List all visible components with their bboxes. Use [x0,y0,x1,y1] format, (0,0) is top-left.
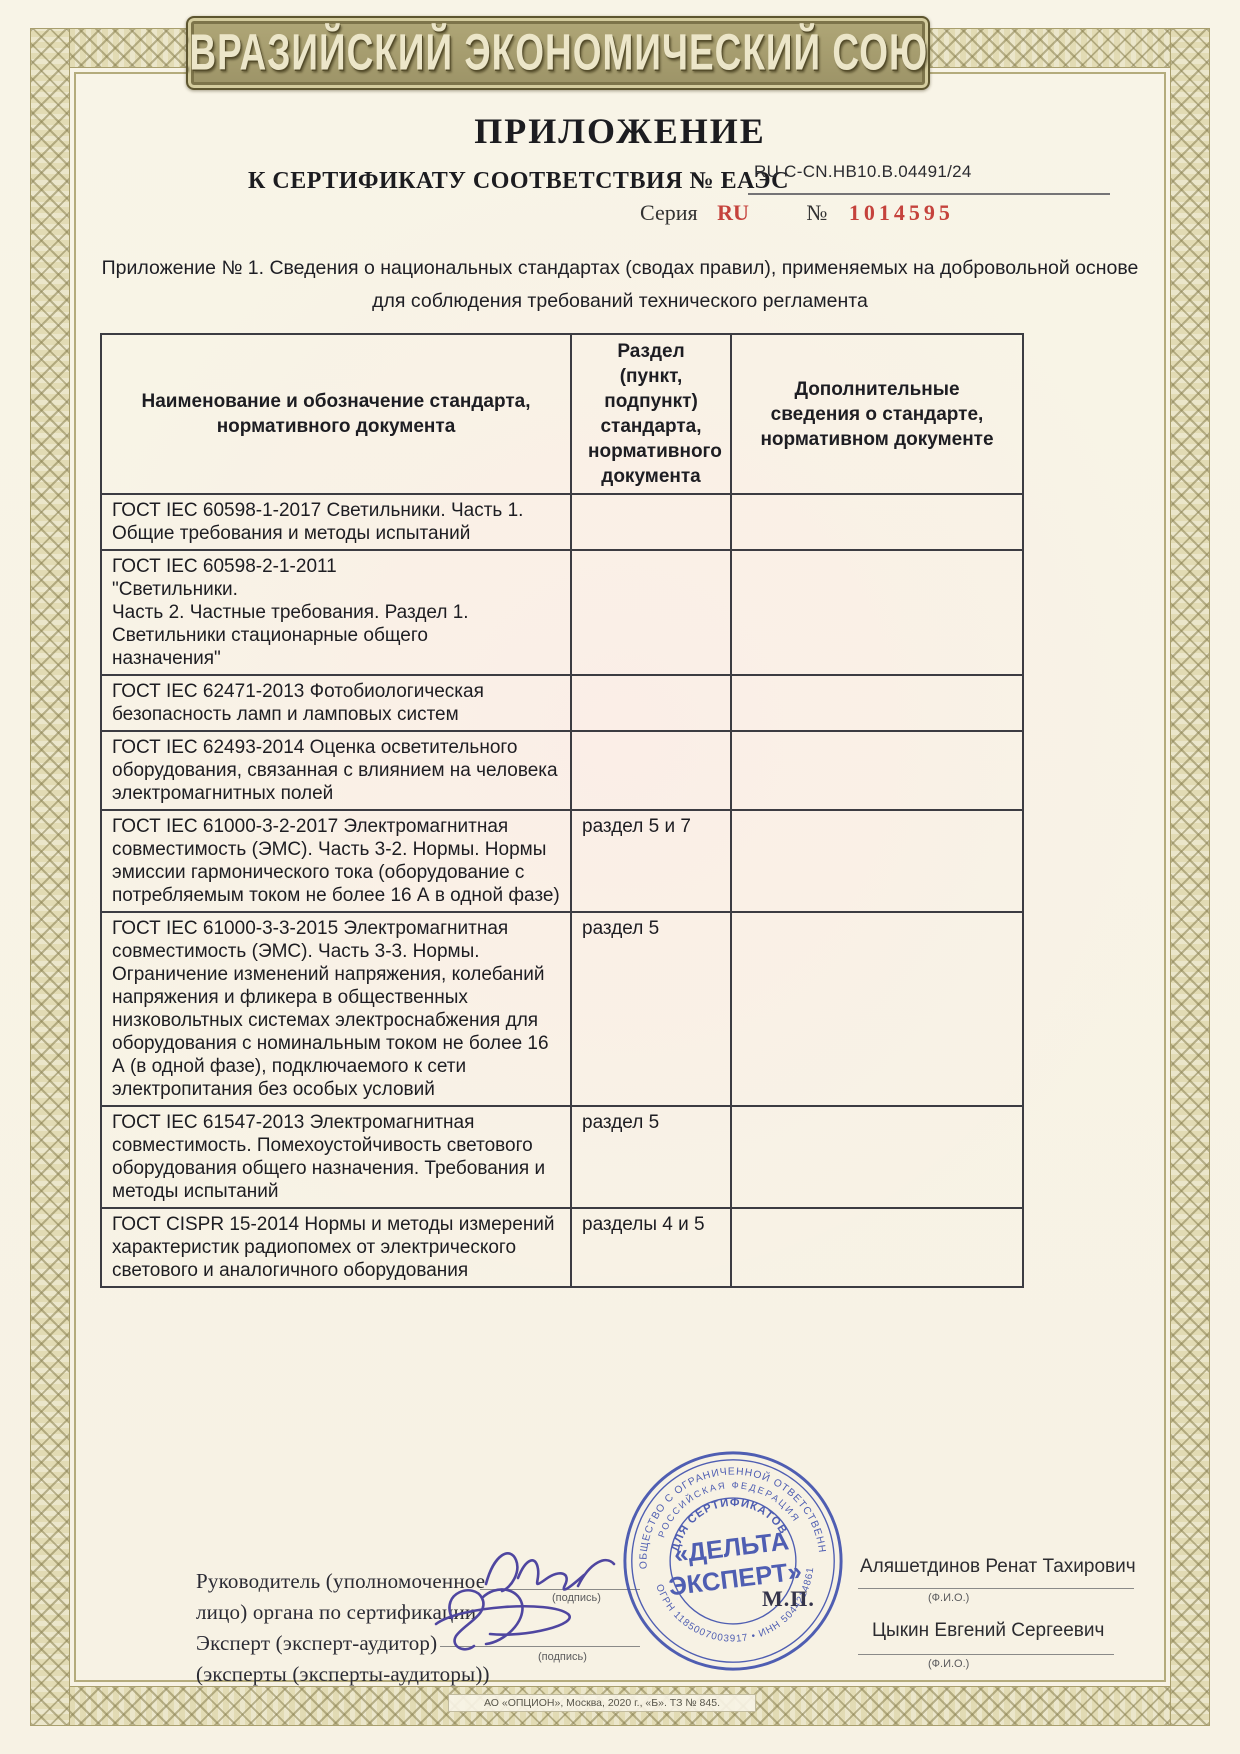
table-row: ГОСТ IEC 62471-2013 Фотобиологическая бе… [101,675,1023,731]
standard-name-cell: ГОСТ IEC 60598-2-1-2011 "Светильники. Ча… [101,550,571,675]
standard-section-cell: раздел 5 и 7 [571,810,731,912]
standard-name-cell: ГОСТ IEC 61000-3-2-2017 Электромагнитная… [101,810,571,912]
table-row: ГОСТ IEC 60598-1-2017 Светильники. Часть… [101,494,1023,550]
page-border-right [1170,28,1210,1726]
standard-section-cell: раздел 5 [571,1106,731,1208]
certificate-number: RU C-CN.HB10.B.04491/24 [754,162,1114,182]
certificate-number-underline [748,193,1110,195]
standard-info-cell [731,912,1023,1106]
head-name-line [858,1588,1134,1589]
standard-info-cell [731,550,1023,675]
standard-section-cell [571,675,731,731]
standard-section-cell [571,731,731,810]
standard-info-cell [731,675,1023,731]
standard-name-cell: ГОСТ IEC 61000-3-3-2015 Электромагнитная… [101,912,571,1106]
certificate-page: ЕВРАЗИЙСКИЙ ЭКОНОМИЧЕСКИЙ СОЮЗ ПРИЛОЖЕНИ… [0,0,1240,1754]
series-row: Серия RU № 1014595 [640,200,954,226]
expert-name-line [858,1654,1114,1655]
printer-imprint: АО «ОПЦИОН», Москва, 2020 г., «Б». ТЗ № … [448,1694,756,1712]
appendix-intro: Приложение № 1. Сведения о национальных … [90,252,1150,318]
table-row: ГОСТ IEC 61000-3-3-2015 Электромагнитная… [101,912,1023,1106]
expert-name: Цыкин Евгений Сергеевич [872,1620,1104,1642]
col-header-additional-info: Дополнительные сведения о стандарте, нор… [731,334,1023,494]
series-value: RU [717,200,749,225]
standards-table-wrap: Наименование и обозначение стандарта, но… [100,333,1022,1288]
blank-number: 1014595 [849,200,954,225]
standard-info-cell [731,1106,1023,1208]
expert-fio-caption: (Ф.И.О.) [928,1658,969,1670]
certificate-subtitle: К СЕРТИФИКАТУ СООТВЕТСТВИЯ № ЕАЭС [248,168,789,195]
head-fio-caption: (Ф.И.О.) [928,1592,969,1604]
page-title: ПРИЛОЖЕНИЕ [0,110,1240,152]
table-row: ГОСТ IEC 61547-2013 Электромагнитная сов… [101,1106,1023,1208]
table-row: ГОСТ IEC 62493-2014 Оценка осветительног… [101,731,1023,810]
standard-info-cell [731,731,1023,810]
appendix-intro-line2: для соблюдения требований технического р… [90,285,1150,318]
head-name: Аляшетдинов Ренат Тахирович [860,1556,1136,1578]
standards-table: Наименование и обозначение стандарта, но… [100,333,1024,1288]
series-label: Серия [640,200,698,225]
expert-signature [428,1578,588,1664]
standard-info-cell [731,810,1023,912]
standard-section-cell: раздел 5 [571,912,731,1106]
table-row: ГОСТ IEC 60598-2-1-2011 "Светильники. Ча… [101,550,1023,675]
standard-info-cell [731,494,1023,550]
certification-body-stamp: ОБЩЕСТВО С ОГРАНИЧЕННОЙ ОТВЕТСТВЕННОСТЬЮ… [607,1435,859,1687]
standard-section-cell: разделы 4 и 5 [571,1208,731,1287]
standards-table-body: ГОСТ IEC 60598-1-2017 Светильники. Часть… [101,494,1023,1287]
standard-name-cell: ГОСТ IEC 62471-2013 Фотобиологическая бе… [101,675,571,731]
table-header-row: Наименование и обозначение стандарта, но… [101,334,1023,494]
eaeu-banner: ЕВРАЗИЙСКИЙ ЭКОНОМИЧЕСКИЙ СОЮЗ [186,16,930,90]
standard-name-cell: ГОСТ IEC 62493-2014 Оценка осветительног… [101,731,571,810]
standard-section-cell [571,550,731,675]
col-header-section: Раздел (пункт, подпункт) стандарта, норм… [571,334,731,494]
standard-section-cell [571,494,731,550]
stamp-place-label: М.П. [762,1586,815,1612]
number-sign: № [806,200,827,225]
appendix-intro-line1: Приложение № 1. Сведения о национальных … [90,252,1150,285]
page-border-left [30,28,70,1726]
col-header-standard-name: Наименование и обозначение стандарта, но… [101,334,571,494]
eaeu-banner-title: ЕВРАЗИЙСКИЙ ЭКОНОМИЧЕСКИЙ СОЮЗ [186,24,930,82]
standard-name-cell: ГОСТ IEC 61547-2013 Электромагнитная сов… [101,1106,571,1208]
table-row: ГОСТ CISPR 15-2014 Нормы и методы измере… [101,1208,1023,1287]
standard-info-cell [731,1208,1023,1287]
standard-name-cell: ГОСТ CISPR 15-2014 Нормы и методы измере… [101,1208,571,1287]
standard-name-cell: ГОСТ IEC 60598-1-2017 Светильники. Часть… [101,494,571,550]
table-row: ГОСТ IEC 61000-3-2-2017 Электромагнитная… [101,810,1023,912]
